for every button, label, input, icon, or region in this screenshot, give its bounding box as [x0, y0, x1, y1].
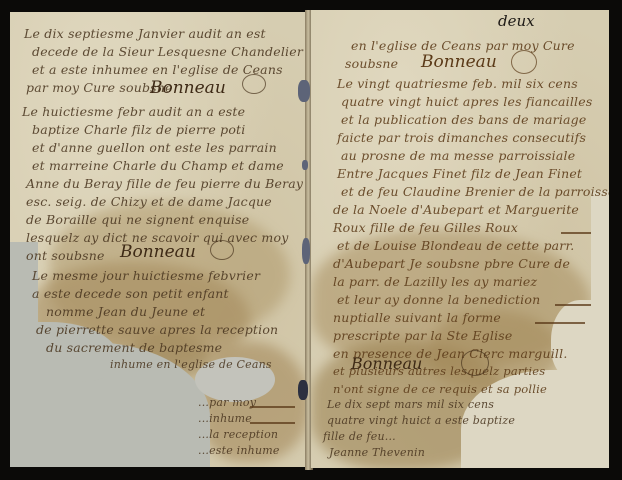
line-filler-dash	[561, 232, 591, 234]
manuscript-line: decede de la Sieur Lesquesne Chandelier	[32, 44, 303, 59]
manuscript-line: Le huictiesme febr audit an a este	[22, 104, 245, 119]
paraph-flourish	[242, 74, 266, 94]
manuscript-line: Jeanne Thevenin	[329, 446, 425, 459]
manuscript-line: inhume en l'eglise de Ceans	[110, 358, 272, 371]
manuscript-line: fille de feu...	[323, 430, 396, 443]
manuscript-line: et a este inhumee en l'eglise de Ceans	[32, 62, 283, 77]
manuscript-line: n'ont signe de ce requis et sa pollie	[333, 382, 547, 396]
repair-paper	[591, 190, 609, 310]
line-filler-dash	[555, 304, 591, 306]
binding-mark	[302, 238, 310, 264]
signature: Bonneau	[150, 78, 226, 98]
signature: Bonneau	[351, 354, 422, 373]
manuscript-line: de pierrette sauve apres la reception	[36, 322, 278, 337]
manuscript-line: de Boraille qui ne signent enquise	[26, 212, 249, 227]
manuscript-line: ...este inhume	[198, 444, 280, 457]
manuscript-line: ...la reception	[198, 428, 278, 441]
manuscript-line: soubsne	[345, 56, 398, 71]
manuscript-line: du sacrement de baptesme	[46, 340, 222, 355]
manuscript-line: nuptialle suivant la forme	[333, 310, 501, 325]
manuscript-line: esc. seig. de Chizy et de dame Jacque	[26, 194, 272, 209]
manuscript-line: Le dix sept mars mil six cens	[327, 398, 494, 411]
manuscript-line: et de feu Claudine Brenier de la parrois…	[341, 184, 609, 199]
manuscript-line: et leur ay donne la benediction	[337, 292, 540, 307]
binding-mark	[298, 80, 310, 102]
manuscript-line: ...inhume	[198, 412, 252, 425]
binding-mark	[302, 160, 308, 170]
manuscript-line: au prosne de ma messe parroissiale	[341, 148, 575, 163]
manuscript-line: d'Aubepart Je soubsne pbre Cure de	[333, 256, 570, 271]
manuscript-line: Entre Jacques Finet filz de Jean Finet	[337, 166, 582, 181]
manuscript-line: et marreine Charle du Champ et dame	[32, 158, 284, 173]
folio-number: deux	[498, 12, 535, 30]
manuscript-line: faicte par trois dimanches consecutifs	[337, 130, 586, 145]
manuscript-line: la parr. de Lazilly les ay mariez	[333, 274, 537, 289]
line-filler-dash	[250, 422, 295, 424]
manuscript-line: ont soubsne	[26, 248, 105, 263]
manuscript-line: de la Noele d'Aubepart et Marguerite	[333, 202, 579, 217]
manuscript-line: quatre vingt huict a este baptize	[327, 414, 515, 427]
signature: Bonneau	[421, 52, 497, 72]
left-page: Le dix septiesme Janvier audit an est de…	[10, 12, 308, 467]
binding-mark	[298, 380, 308, 400]
manuscript-line: Le mesme jour huictiesme febvrier	[32, 268, 260, 283]
manuscript-line: et la publication des bans de mariage	[341, 112, 586, 127]
repair-paper	[551, 300, 609, 380]
manuscript-line: baptize Charle filz de pierre poti	[32, 122, 245, 137]
paraph-flourish	[210, 240, 234, 260]
manuscript-line: et de Louise Blondeau de cette parr.	[337, 238, 574, 253]
manuscript-line: Anne du Beray fille de feu pierre du Ber…	[26, 176, 303, 191]
manuscript-line: quatre vingt huict apres les fiancailles	[341, 94, 592, 109]
signature: Bonneau	[120, 242, 196, 262]
manuscript-line: nomme Jean du Jeune et	[46, 304, 205, 319]
manuscript-line: Le dix septiesme Janvier audit an est	[24, 26, 266, 41]
manuscript-line: Roux fille de feu Gilles Roux	[333, 220, 518, 235]
manuscript-line: a este decede son petit enfant	[32, 286, 229, 301]
manuscript-line: en l'eglise de Ceans par moy Cure	[351, 38, 575, 53]
manuscript-line: Le vingt quatriesme feb. mil six cens	[337, 76, 578, 91]
paraph-flourish	[511, 50, 537, 74]
right-page: en l'eglise de Ceans par moy Cure soubsn…	[311, 10, 609, 468]
line-filler-dash	[535, 322, 585, 324]
line-filler-dash	[250, 406, 295, 408]
manuscript-line: ...par moy	[198, 396, 256, 409]
manuscript-line: prescripte par la Ste Eglise	[333, 328, 512, 343]
paraph-flourish	[461, 350, 489, 376]
manuscript-line: et d'anne guellon ont este les parrain	[32, 140, 277, 155]
